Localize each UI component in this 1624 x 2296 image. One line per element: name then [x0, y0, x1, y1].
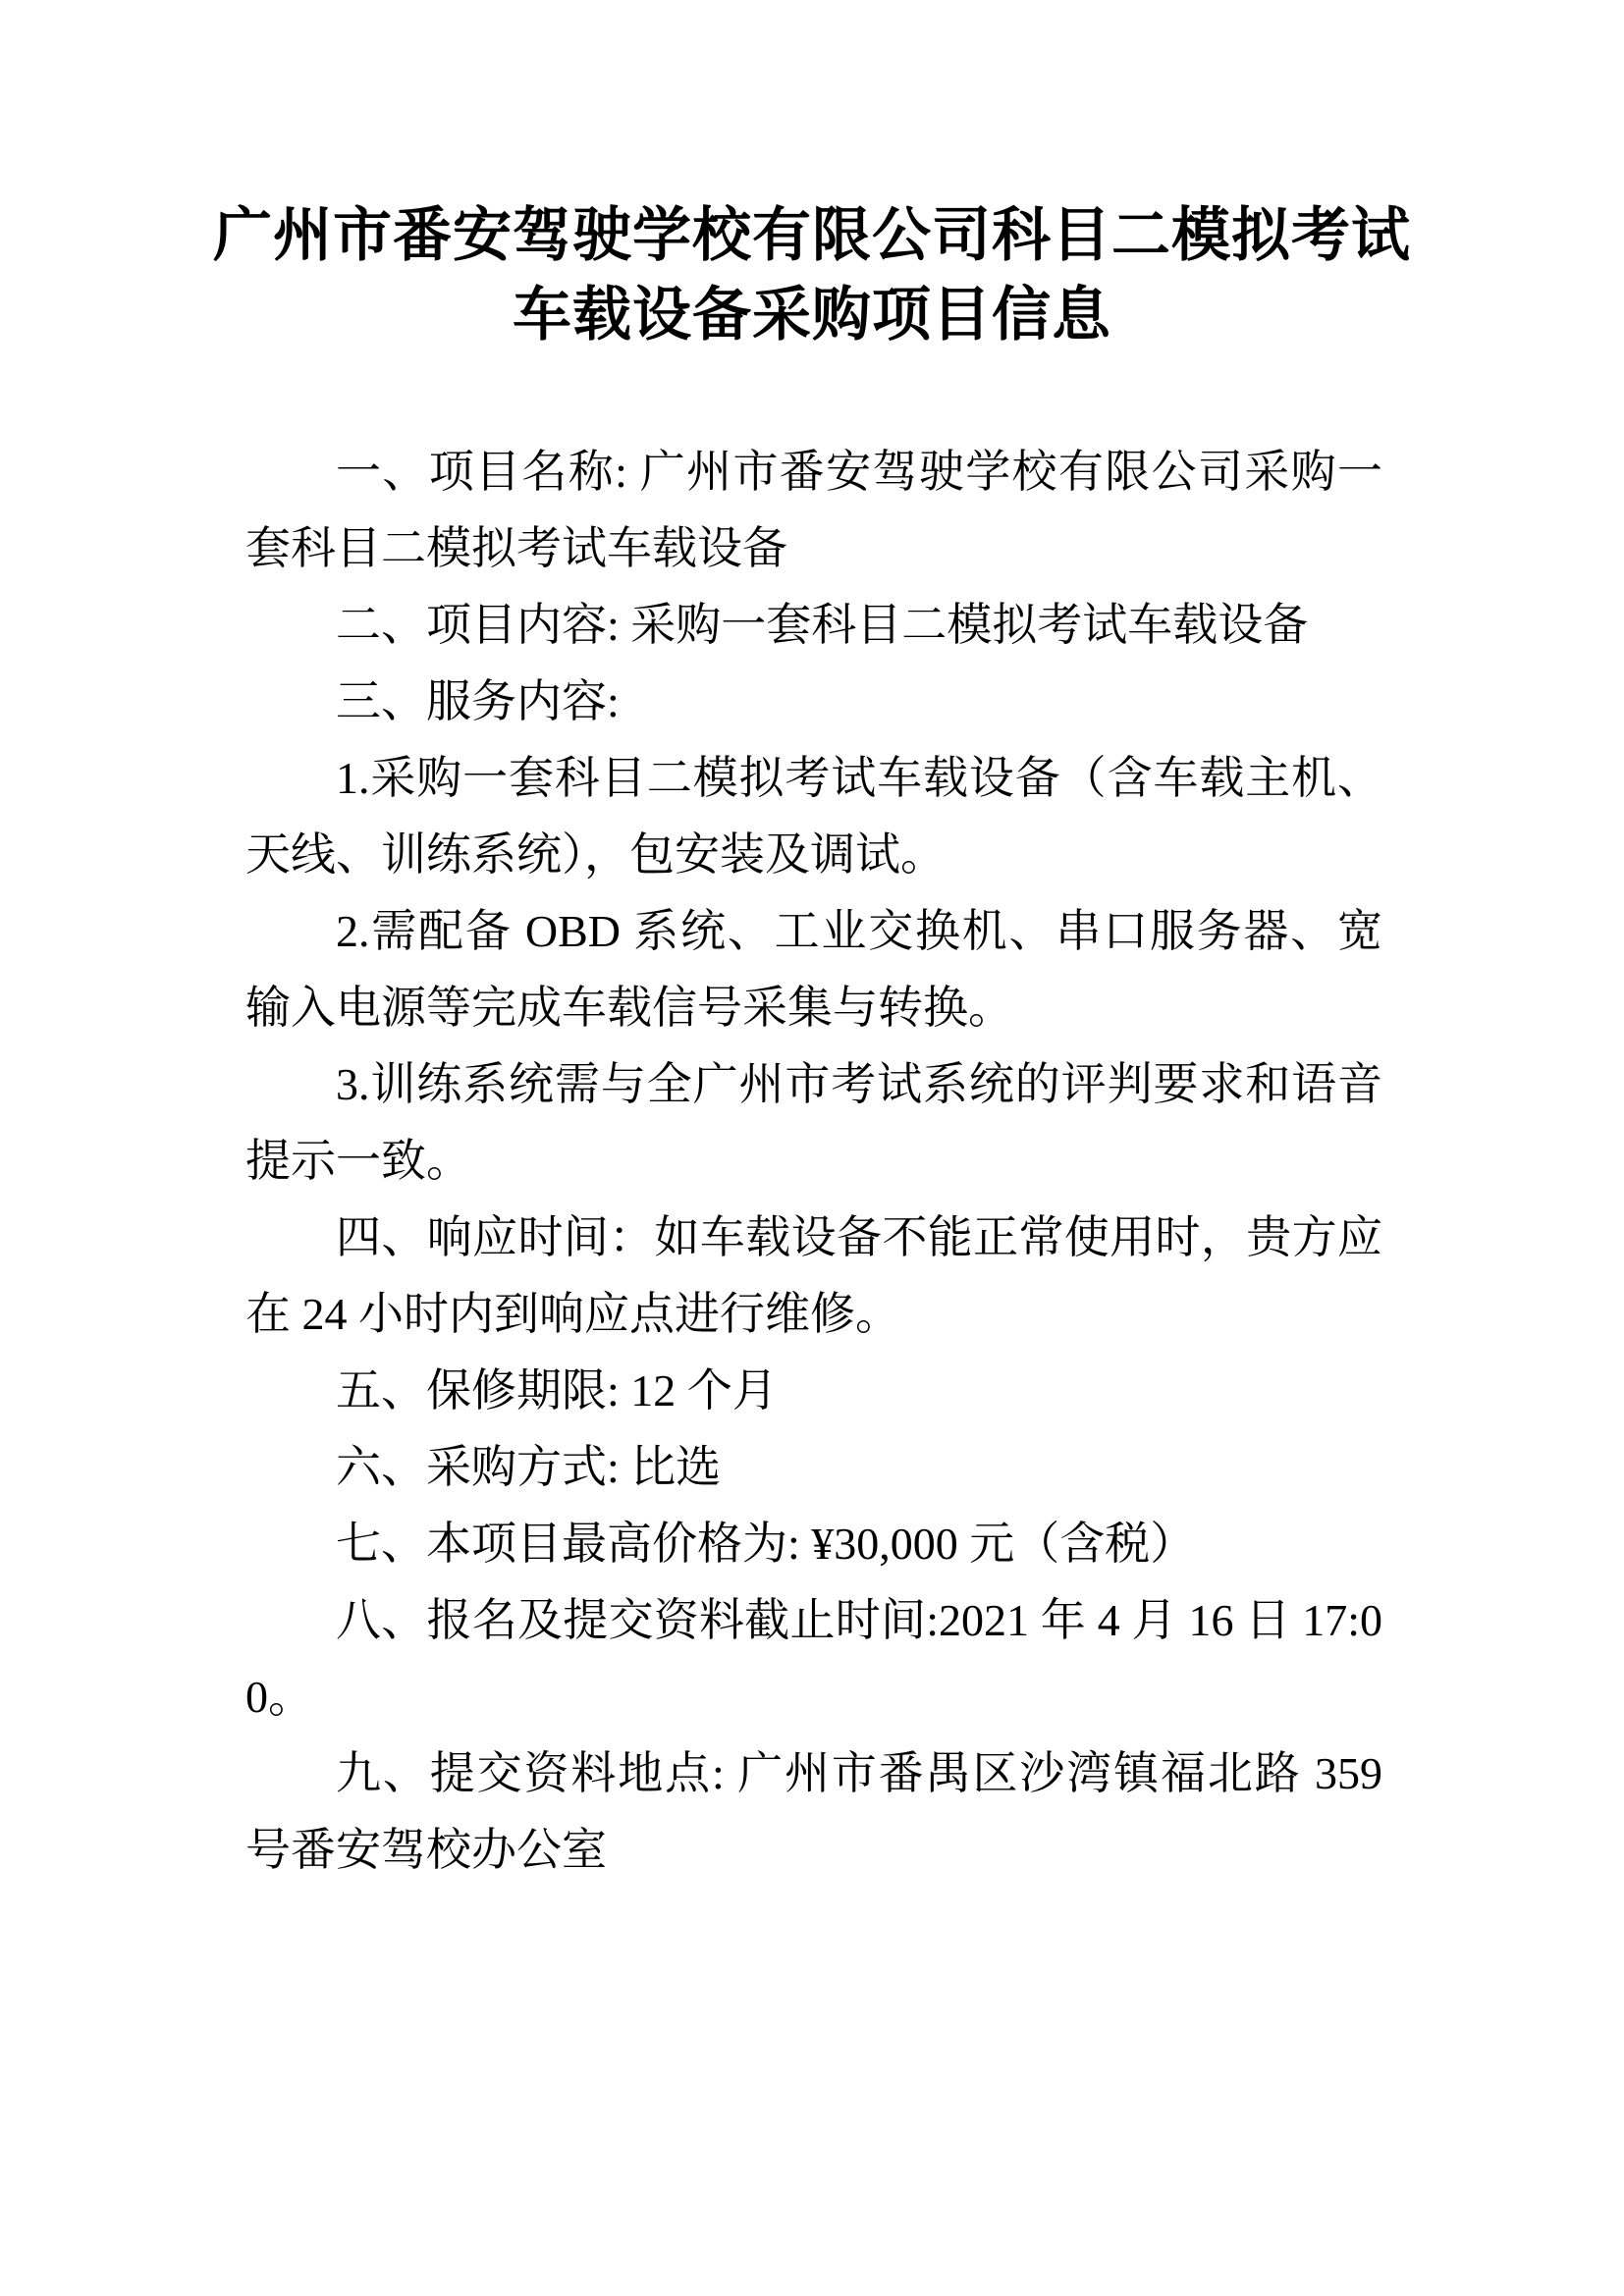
- document-title: 广州市番安驾驶学校有限公司科目二模拟考试 车载设备采购项目信息: [0, 196, 1624, 355]
- paragraph-service-item-2: 2.需配备 OBD 系统、工业交换机、串口服务器、宽输入电源等完成车载信号采集与…: [245, 893, 1382, 1046]
- paragraph-max-price: 七、本项目最高价格为: ¥30,000 元（含税）: [245, 1506, 1382, 1582]
- paragraph-submission-deadline: 八、报名及提交资料截止时间:2021 年 4 月 16 日 17:00。: [245, 1582, 1382, 1735]
- paragraph-warranty-period: 五、保修期限: 12 个月: [245, 1353, 1382, 1429]
- document-body: 一、项目名称: 广州市番安驾驶学校有限公司采购一套科目二模拟考试车载设备 二、项…: [245, 434, 1382, 1889]
- paragraph-response-time: 四、响应时间：如车载设备不能正常使用时，贵方应在 24 小时内到响应点进行维修。: [245, 1200, 1382, 1353]
- document-title-line-1: 广州市番安驾驶学校有限公司科目二模拟考试: [0, 196, 1624, 276]
- paragraph-service-content-heading: 三、服务内容:: [245, 664, 1382, 740]
- paragraph-service-item-1: 1.采购一套科目二模拟考试车载设备（含车载主机、天线、训练系统），包安装及调试。: [245, 740, 1382, 893]
- paragraph-procurement-method: 六、采购方式: 比选: [245, 1429, 1382, 1506]
- paragraph-project-name: 一、项目名称: 广州市番安驾驶学校有限公司采购一套科目二模拟考试车载设备: [245, 434, 1382, 587]
- document-title-line-2: 车载设备采购项目信息: [0, 276, 1624, 355]
- paragraph-service-item-3: 3.训练系统需与全广州市考试系统的评判要求和语音提示一致。: [245, 1046, 1382, 1200]
- paragraph-submission-address: 九、提交资料地点: 广州市番禺区沙湾镇福北路 359 号番安驾校办公室: [245, 1735, 1382, 1889]
- document-page: 广州市番安驾驶学校有限公司科目二模拟考试 车载设备采购项目信息 一、项目名称: …: [0, 0, 1624, 2296]
- paragraph-project-content: 二、项目内容: 采购一套科目二模拟考试车载设备: [245, 587, 1382, 664]
